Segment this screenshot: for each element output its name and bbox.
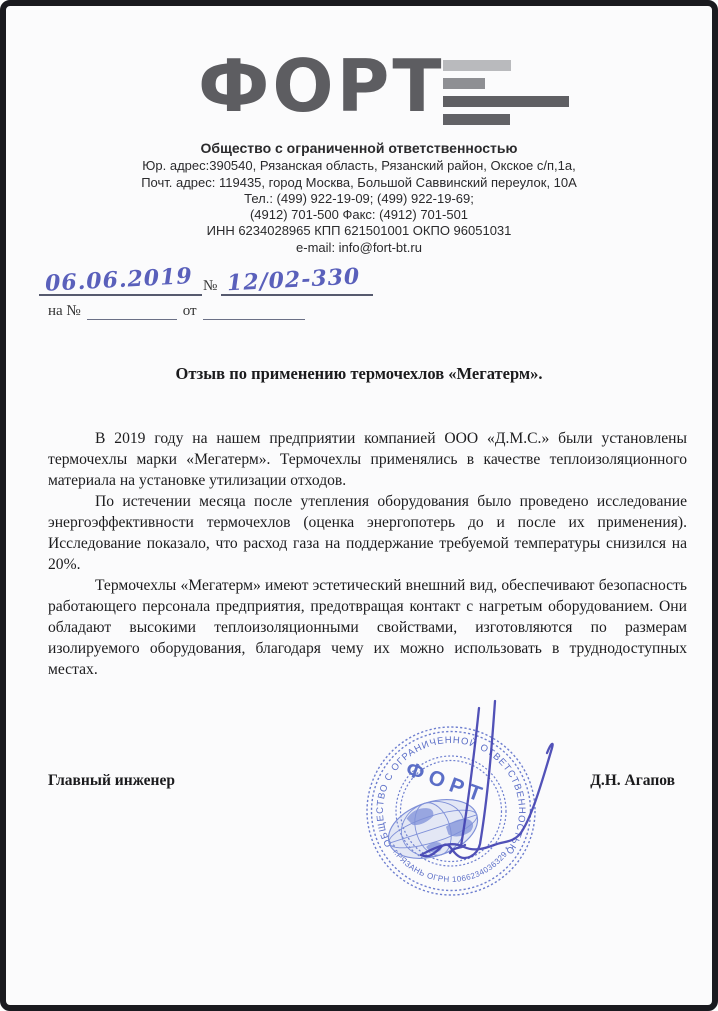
company-header: Общество с ограниченной ответственностью… [6, 140, 712, 256]
phone-line-2: (4912) 701-500 Факс: (4912) 701-501 [6, 207, 712, 223]
org-type: Общество с ограниченной ответственностью [6, 140, 712, 156]
reference-line: 06.06.2019 № 12/02-330 [39, 258, 369, 296]
paragraph-1: В 2019 году на нашем предприятии компани… [48, 428, 687, 491]
outgoing-date-field: 06.06.2019 [39, 267, 202, 296]
logo-bar-1 [443, 60, 511, 71]
outgoing-number-field: 12/02-330 [221, 267, 373, 296]
reply-number-blank [87, 304, 177, 320]
logo-bar-2 [443, 78, 485, 89]
number-sign: № [203, 278, 217, 295]
company-stamp: ОБЩЕСТВО С ОГРАНИЧЕННОЙ ОТВЕТСТВЕННОСТЬЮ… [351, 696, 566, 911]
paragraph-2: По истечении месяца после утепления обор… [48, 491, 687, 575]
registration-codes: ИНН 6234028965 КПП 621501001 ОКПО 960510… [6, 223, 712, 239]
letter-page: ФОРТ Общество с ограниченной ответственн… [0, 0, 718, 1011]
signatory-role: Главный инженер [48, 772, 175, 790]
outgoing-date: 06.06.2019 [38, 263, 197, 298]
document-title: Отзыв по применению термочехлов «Мегатер… [6, 364, 712, 384]
logo-text: ФОРТ [198, 50, 445, 122]
legal-address: Юр. адрес:390540, Рязанская область, Ряз… [6, 158, 712, 174]
phone-line-1: Тел.: (499) 922-19-09; (499) 922-19-69; [6, 191, 712, 207]
body-text: В 2019 году на нашем предприятии компани… [48, 428, 687, 680]
reply-date-label: от [183, 303, 197, 319]
postal-address: Почт. адрес: 119435, город Москва, Больш… [6, 175, 712, 191]
paragraph-3: Термочехлы «Мегатерм» имеют эстетический… [48, 575, 687, 680]
reply-reference-line: на №от [48, 303, 311, 323]
email: e-mail: info@fort-bt.ru [6, 240, 712, 256]
reply-number-label: на № [48, 303, 81, 319]
logo-bars-icon [443, 60, 569, 132]
outgoing-number: 12/02-330 [220, 263, 365, 297]
signatory-name: Д.Н. Агапов [590, 772, 675, 790]
logo-bar-4 [443, 114, 510, 125]
logo-bar-3 [443, 96, 569, 107]
reply-date-blank [203, 304, 305, 320]
